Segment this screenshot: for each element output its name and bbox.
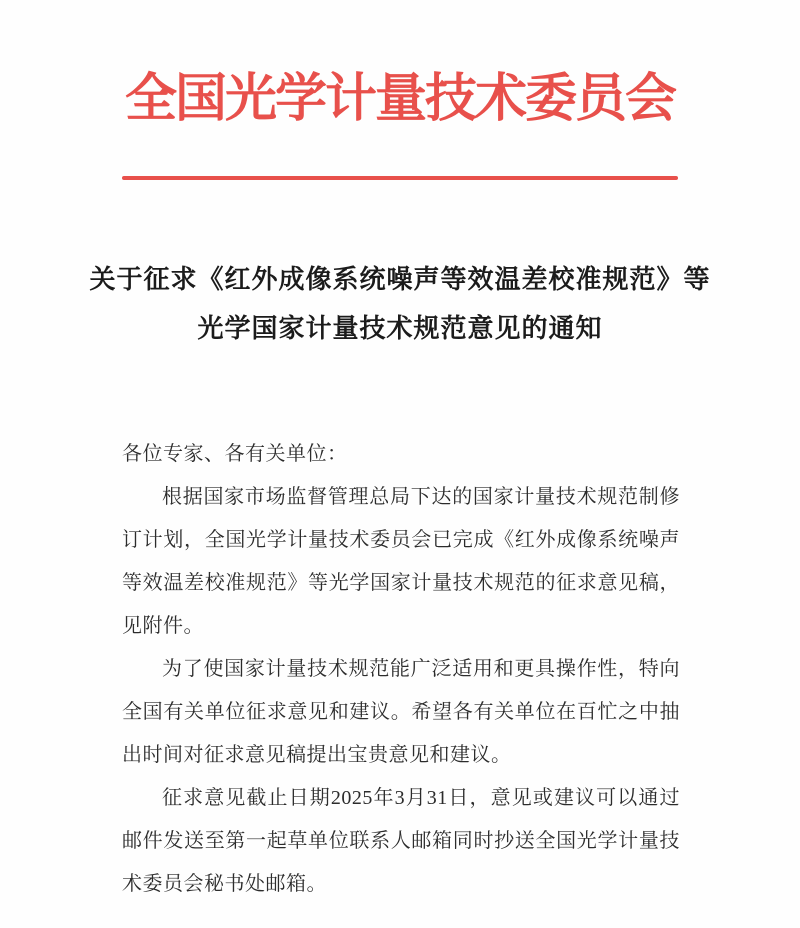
document-title-line2: 光学国家计量技术规范意见的通知 bbox=[0, 304, 800, 353]
document-title: 关于征求《红外成像系统噪声等效温差校准规范》等 光学国家计量技术规范意见的通知 bbox=[0, 255, 800, 353]
paragraph-2: 为了使国家计量技术规范能广泛适用和更具操作性，特向全国有关单位征求意见和建议。希… bbox=[122, 648, 680, 777]
document-page: 全国光学计量技术委员会 关于征求《红外成像系统噪声等效温差校准规范》等 光学国家… bbox=[0, 0, 800, 928]
letterhead-title: 全国光学计量技术委员会 bbox=[0, 56, 800, 131]
letterhead-divider bbox=[122, 176, 678, 180]
document-title-line1: 关于征求《红外成像系统噪声等效温差校准规范》等 bbox=[0, 255, 800, 304]
paragraph-3: 征求意见截止日期2025年3月31日，意见或建议可以通过邮件发送至第一起草单位联… bbox=[122, 777, 680, 906]
document-body: 各位专家、各有关单位： 根据国家市场监督管理总局下达的国家计量技术规范制修订计划… bbox=[122, 433, 680, 906]
paragraph-1: 根据国家市场监督管理总局下达的国家计量技术规范制修订计划，全国光学计量技术委员会… bbox=[122, 476, 680, 648]
salutation: 各位专家、各有关单位： bbox=[122, 433, 680, 476]
